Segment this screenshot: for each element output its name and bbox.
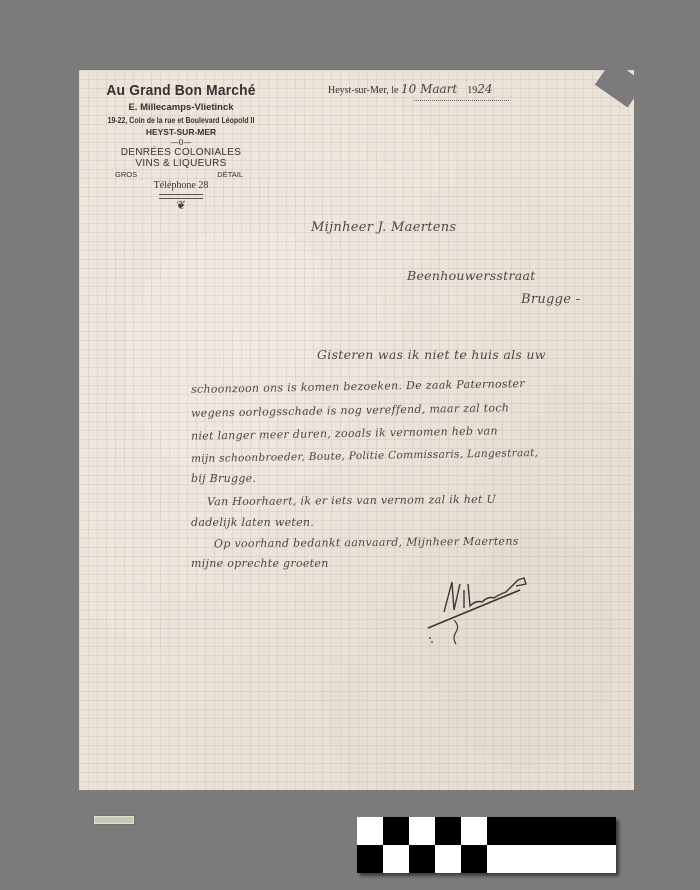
letterhead-title: Au Grand Bon Marché — [98, 82, 264, 99]
recipient-name: Mijnheer J. Maertens — [311, 220, 456, 235]
letter-sheet: Au Grand Bon Marché E. Millecamps-Vlieti… — [79, 70, 634, 790]
scale-cell — [487, 845, 616, 873]
wholesale-label: GROS — [115, 170, 137, 179]
scale-cell — [383, 817, 409, 845]
date-line: Heyst-sur-Mer, le 10 Maart 1924 — [328, 82, 493, 96]
letterhead-city: HEYST-SUR-MER — [91, 127, 271, 137]
scale-cell — [487, 817, 616, 845]
date-year-handwritten: 24 — [477, 82, 492, 96]
letterhead-separator: —0— — [91, 138, 271, 147]
scale-cell — [435, 845, 461, 873]
body-line: mijn schoonbroeder, Boute, Politie Commi… — [191, 447, 538, 465]
letterhead-line-1: DENRÉES COLONIALES — [91, 147, 271, 158]
signature: Millecamps — [424, 570, 534, 650]
body-line: mijne oprechte groeten — [191, 557, 329, 570]
date-prefix: Heyst-sur-Mer, le — [328, 85, 399, 96]
retail-label: DÉTAIL — [217, 170, 243, 179]
scale-cell — [357, 845, 383, 873]
body-line: wegens oorlogsschade is nog vereffend, m… — [191, 401, 509, 420]
scale-cell — [409, 817, 435, 845]
scale-cell — [409, 845, 435, 873]
label-tag — [94, 816, 134, 824]
date-underline — [414, 100, 509, 101]
body-line: Gisteren was ik niet te huis als uw — [317, 347, 546, 362]
body-line: schoonzoon ons is komen bezoeken. De zaa… — [191, 377, 525, 396]
letterhead-phone: Téléphone 28 — [91, 180, 271, 191]
scale-cell — [435, 817, 461, 845]
letterhead-owner: E. Millecamps-Vlietinck — [91, 102, 271, 113]
body-line: bij Brugge. — [191, 472, 256, 485]
scale-cell — [461, 845, 487, 873]
recipient-street: Beenhouwersstraat — [407, 268, 536, 283]
date-handwritten: 10 Maart — [401, 82, 457, 96]
body-line: Van Hoorhaert, ik er iets van vernom zal… — [207, 493, 496, 509]
body-line: niet langer meer duren, zooals ik vernom… — [191, 424, 498, 442]
letterhead-wholesale-retail: GROS DÉTAIL — [91, 170, 271, 179]
scale-cell — [461, 817, 487, 845]
letterhead-line-2: VINS & LIQUEURS — [91, 158, 271, 169]
body-line: dadelijk laten weten. — [191, 516, 314, 529]
ornament-icon: ❦ — [91, 199, 271, 211]
body-line: Op voorhand bedankt aanvaard, Mijnheer M… — [214, 535, 519, 551]
recipient-city: Brugge - — [521, 292, 580, 307]
scale-cell — [383, 845, 409, 873]
letterhead-address: 19-22, Coin de la rue et Boulevard Léopo… — [107, 115, 255, 125]
date-year-printed: 19 — [467, 85, 477, 96]
letterhead: Au Grand Bon Marché E. Millecamps-Vlieti… — [91, 82, 271, 211]
color-scale-bar — [357, 817, 616, 873]
scale-cell — [357, 817, 383, 845]
